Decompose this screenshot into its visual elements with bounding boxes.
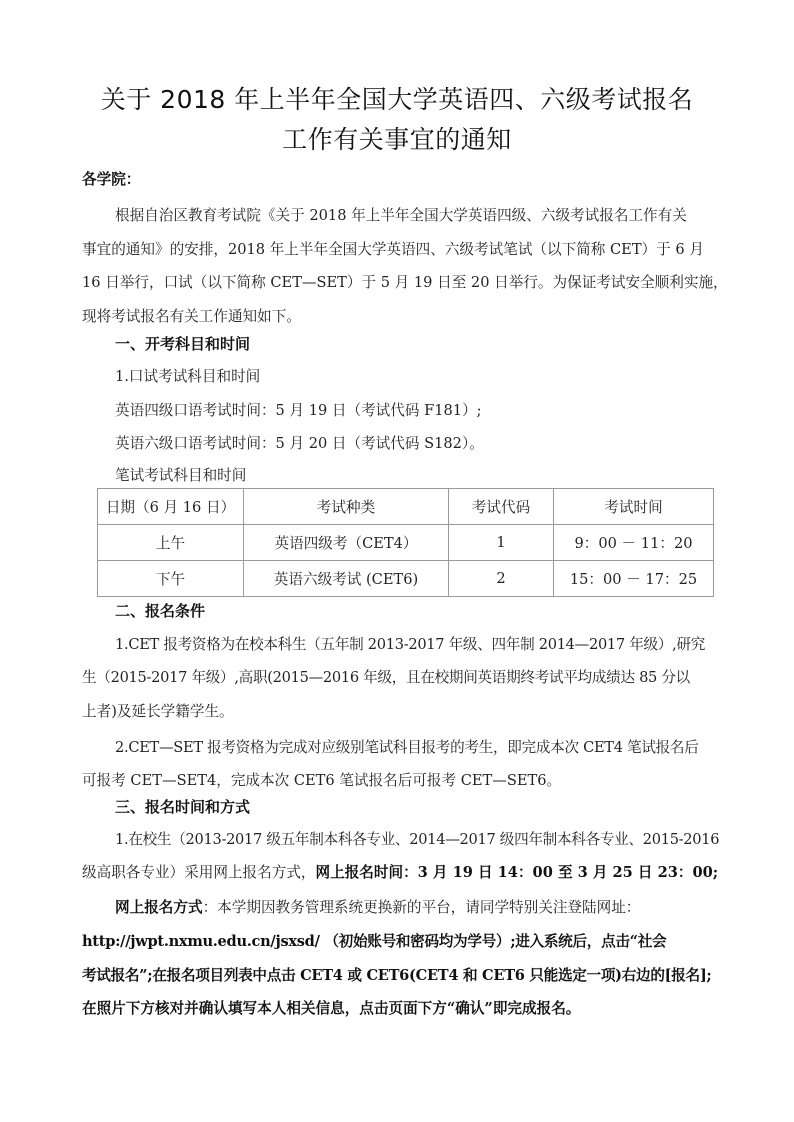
cell-exam-code: 1 [449,525,554,561]
confirm-steps-line: 在照片下方核对并确认填写本人相关信息，点击页面下方“确认”即完成报名。 [82,999,580,1019]
intro-line-4: 现将考试报名有关工作通知如下。 [82,307,301,327]
oral-exam-subheading: 1.口试考试科目和时间 [115,367,260,387]
section1-heading: 一、开考科目和时间 [115,334,250,354]
intro-line-1: 根据自治区教育考试院《关于 2018 年上半年全国大学英语四级、六级考试报名工作… [115,206,687,226]
document-title-line2: 工作有关事宜的通知 [0,120,794,156]
registration-line-1: 1.在校生（2013-2017 级五年制本科各专业、2014—2017 级四年制… [115,830,719,850]
header-exam-time: 考试时间 [554,489,714,525]
table-header-row: 日期（6 月 16 日） 考试种类 考试代码 考试时间 [98,489,714,525]
online-method-line: 网上报名方式：本学期因教务管理系统更换新的平台，请同学特别关注登陆网址： [115,898,640,918]
eligibility-1-line-3: 上者)及延长学籍学生。 [82,702,234,722]
written-exam-label: 笔试考试科目和时间 [115,466,246,486]
eligibility-2-line-1: 2.CET—SET 报考资格为完成对应级别笔试科目报考的考生，即完成本次 CET… [115,738,699,758]
eligibility-1-line-1: 1.CET 报考资格为在校本科生（五年制 2013-2017 年级、四年制 20… [115,635,705,655]
eligibility-1-line-2: 生（2015-2017 年级）,高职(2015—2016 年级，且在校期间英语期… [82,668,690,688]
section3-heading: 三、报名时间和方式 [115,797,250,817]
document-title-line1: 关于 2018 年上半年全国大学英语四、六级考试报名 [0,80,794,116]
oral-cet6-time: 英语六级口语考试时间：5 月 20 日（考试代码 S182）。 [115,434,484,454]
cell-date: 下午 [98,561,244,597]
login-url-line: http://jwpt.nxmu.edu.cn/jsxsd/ （初始账号和密码均… [82,932,666,952]
eligibility-2-line-2: 可报考 CET—SET4，完成本次 CET6 笔试报名后可报考 CET—SET6… [82,771,561,791]
cell-exam-type: 英语四级考（CET4） [244,525,449,561]
salutation: 各学院： [82,170,140,190]
cell-exam-time: 15：00 － 17：25 [554,561,714,597]
online-method-text: ：本学期因教务管理系统更换新的平台，请同学特别关注登陆网址： [203,899,641,916]
header-exam-code: 考试代码 [449,489,554,525]
registration-period: 网上报名时间：3 月 19 日 14：00 至 3 月 25 日 23：00; [316,864,719,881]
written-exam-table: 日期（6 月 16 日） 考试种类 考试代码 考试时间 上午 英语四级考（CET… [97,488,714,597]
cell-exam-type: 英语六级考试 (CET6) [244,561,449,597]
registration-method-text: 级高职各专业）采用网上报名方式， [82,864,316,881]
registration-line-2: 级高职各专业）采用网上报名方式，网上报名时间：3 月 19 日 14：00 至 … [82,863,718,883]
table-row: 下午 英语六级考试 (CET6) 2 15：00 － 17：25 [98,561,714,597]
section2-heading: 二、报名条件 [115,601,205,621]
registration-steps-line: 考试报名”;在报名项目列表中点击 CET4 或 CET6(CET4 和 CET6… [82,966,712,986]
oral-cet4-time: 英语四级口语考试时间：5 月 19 日（考试代码 F181）; [115,401,482,421]
intro-line-3: 16 日举行，口试（以下简称 CET—SET）于 5 月 19 日至 20 日举… [82,273,728,293]
intro-line-2: 事宜的通知》的安排，2018 年上半年全国大学英语四、六级考试笔试（以下简称 C… [82,240,704,260]
cell-exam-time: 9：00 － 11：20 [554,525,714,561]
header-date: 日期（6 月 16 日） [98,489,244,525]
cell-exam-code: 2 [449,561,554,597]
online-method-label: 网上报名方式 [115,899,203,916]
header-exam-type: 考试种类 [244,489,449,525]
table-row: 上午 英语四级考（CET4） 1 9：00 － 11：20 [98,525,714,561]
cell-date: 上午 [98,525,244,561]
